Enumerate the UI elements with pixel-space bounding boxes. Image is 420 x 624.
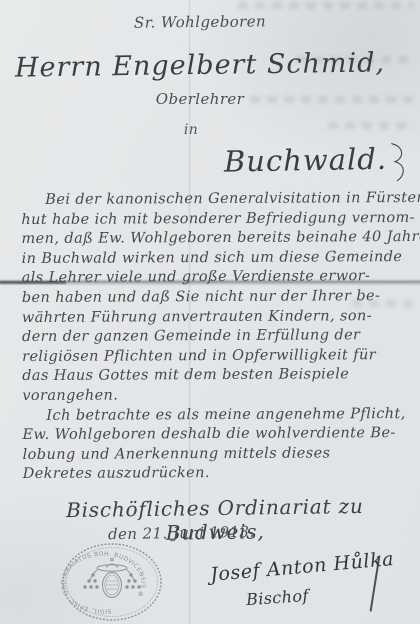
letter-body: Bei der kanonischen Generalvisitation in… (21, 189, 411, 485)
addressee-preposition: in (0, 122, 382, 138)
body-line: vorangehen. (22, 385, 410, 407)
body-line: ben haben und daß Sie nicht nur der Ihre… (22, 287, 410, 309)
pen-flourish-icon (389, 142, 412, 182)
scanned-letter-page: Sr. Wohlgeboren Herrn Engelbert Schmid, … (0, 0, 420, 624)
ink-bleedthrough-smudge (238, 2, 414, 9)
body-line: dern der ganzen Gemeinde in Erfüllung de… (22, 326, 410, 348)
body-line: in Buchwald wirken und sich um diese Gem… (22, 248, 410, 270)
body-line: Bei der kanonischen Generalvisitation in… (21, 189, 409, 211)
body-line: als Lehrer viele und große Verdienste er… (22, 267, 410, 289)
body-line: Ich betrachte es als meine angenehme Pfl… (22, 405, 410, 427)
addressee-place: Buchwald. (224, 141, 412, 185)
body-line: währten Führung anvertrauten Kindern, so… (22, 307, 410, 329)
body-line: Dekretes auszudrücken. (23, 463, 411, 485)
episcopal-seal-stamp: SIGIL. EPISC. ORDINARIATUS BOH. BUDVICEN… (60, 542, 164, 624)
body-line: religiösen Pflichten und in Opferwilligk… (22, 346, 410, 368)
seal-legend-text: SIGIL. EPISC. ORDINARIATUS BOH. BUDVICEN… (60, 551, 146, 615)
addressee-name: Herrn Engelbert Schmid, (0, 47, 400, 84)
body-line: hut habe ich mit besonderer Befriedigung… (21, 209, 409, 231)
addressee-title: Oberlehrer (0, 90, 400, 108)
signature-title: Bischof (245, 586, 309, 609)
body-line: Ew. Wohlgeboren deshalb die wohlverdient… (22, 424, 410, 446)
body-line: lobung und Anerkennung mittels dieses (23, 444, 411, 466)
signature-name: Josef Anton Hůlka (209, 548, 395, 586)
body-line: men, daß Ew. Wohlgeboren bereits beinahe… (21, 228, 409, 250)
date-line: den 21. Juni 1913. (108, 523, 255, 544)
salutation: Sr. Wohlgeboren (0, 11, 400, 33)
place-text: Buchwald. (224, 142, 388, 179)
body-line: das Haus Gottes mit dem besten Beispiele (22, 365, 410, 387)
